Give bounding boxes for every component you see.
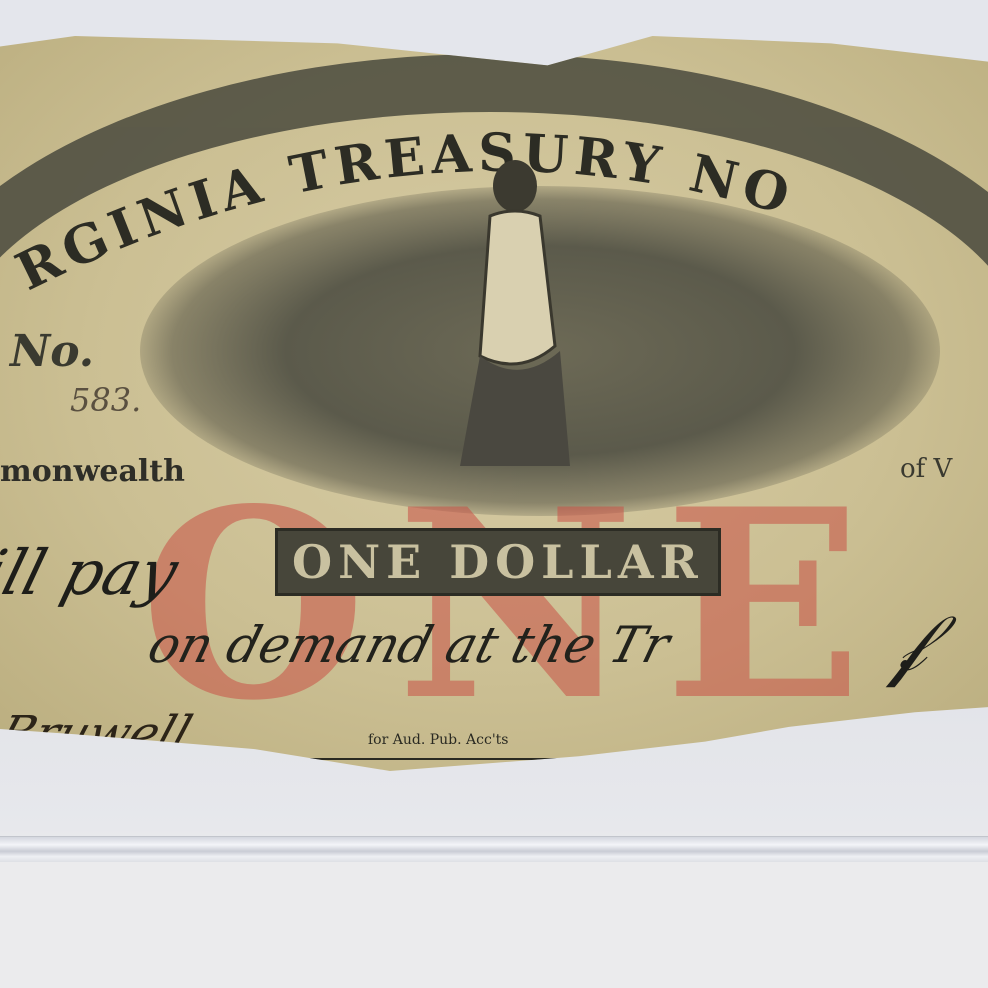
of-virginia-text: of V: [900, 454, 952, 484]
svg-text:RGINIA TREASURY NO: RGINIA TREASURY NO: [7, 123, 802, 303]
right-signature-flourish: 𝒻: [890, 596, 926, 690]
seated-woman-figure: [460, 146, 580, 476]
plastic-holder-edge: [0, 836, 988, 864]
signature-rule: [260, 758, 740, 760]
script-on-demand: on demand at the Tr: [142, 616, 675, 674]
treasurer-signature: Bruwell: [0, 706, 198, 762]
holder-card: [0, 862, 988, 988]
commonwealth-text: monwealth: [0, 454, 185, 489]
red-overprint: ONE: [140, 476, 892, 736]
auditor-label: for Aud. Pub. Acc'ts: [368, 732, 509, 748]
script-will-pay: ill pay: [0, 536, 186, 609]
serial-number: 583.: [70, 381, 141, 419]
denomination-banner: ONE DOLLAR: [275, 528, 721, 596]
number-label: No.: [10, 326, 94, 377]
banknote: RGINIA TREASURY NO ONE No. 583. monwealt…: [0, 36, 988, 771]
